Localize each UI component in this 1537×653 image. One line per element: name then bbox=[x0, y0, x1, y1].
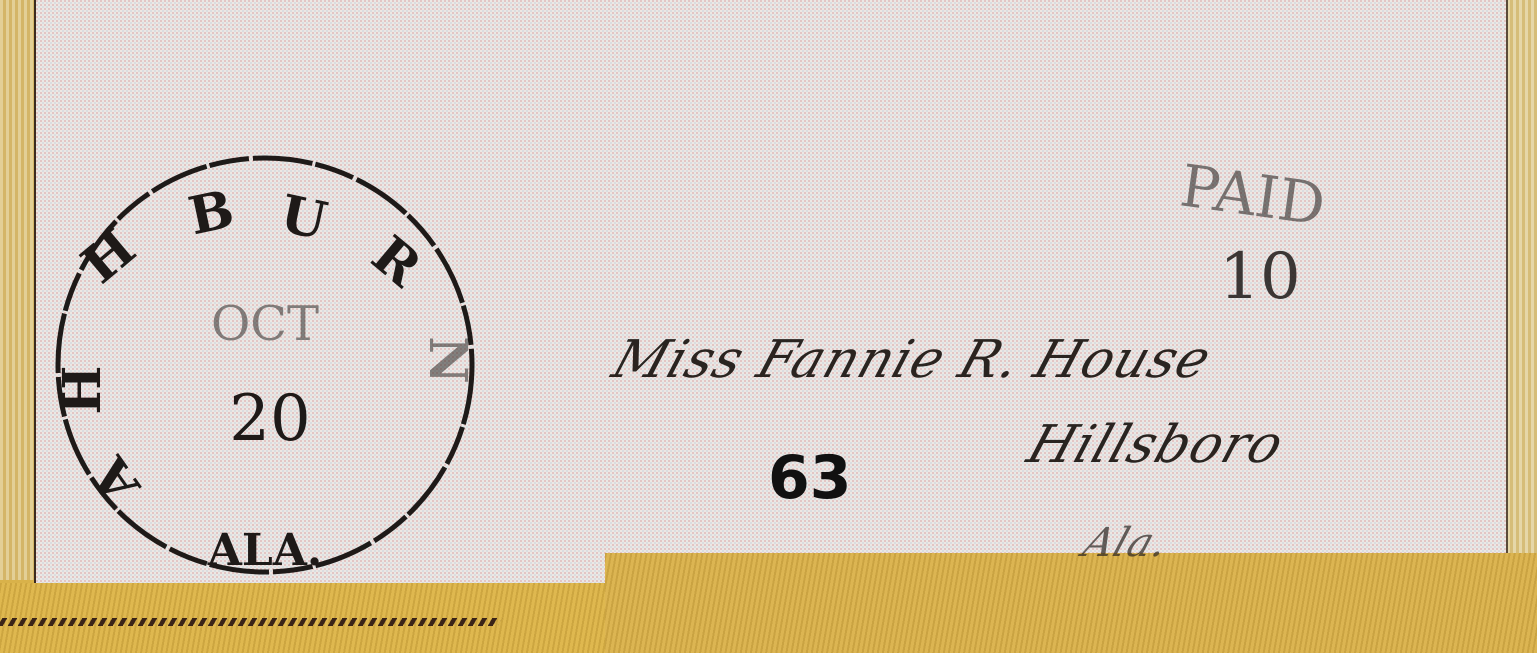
paid-handstamp-icon: PAID 10 bbox=[1150, 140, 1360, 310]
backing-card-overlap bbox=[605, 553, 1537, 653]
address-town: Hillsboro bbox=[1020, 415, 1291, 475]
postmark-letter: N bbox=[417, 336, 478, 384]
paid-text: PAID bbox=[1176, 151, 1329, 239]
postmark-day: 20 bbox=[229, 382, 310, 456]
postmark-letter: U bbox=[275, 183, 332, 252]
rate-value: 10 bbox=[1219, 240, 1300, 310]
postmark-letter: B bbox=[184, 178, 240, 247]
address-state: Ala. bbox=[1078, 520, 1175, 566]
postmark-letter: H bbox=[70, 217, 147, 295]
paid-rate-marking: PAID 10 bbox=[1150, 140, 1360, 310]
perforation-line bbox=[0, 618, 502, 626]
lot-number-label: 63 bbox=[768, 448, 852, 508]
postmark-month: OCT bbox=[211, 296, 319, 352]
postmark-state: ALA. bbox=[207, 525, 323, 576]
address-recipient: Miss Fannie R. House bbox=[605, 330, 1219, 390]
postmark-letter: R bbox=[360, 224, 433, 299]
circular-postmark: H B U R H A N OCT 20 ALA. bbox=[50, 150, 480, 580]
postmark-ring-icon: H B U R H A N OCT 20 ALA. bbox=[50, 150, 480, 580]
postmark-letter: H bbox=[52, 365, 113, 414]
postmark-letter: A bbox=[79, 445, 153, 514]
